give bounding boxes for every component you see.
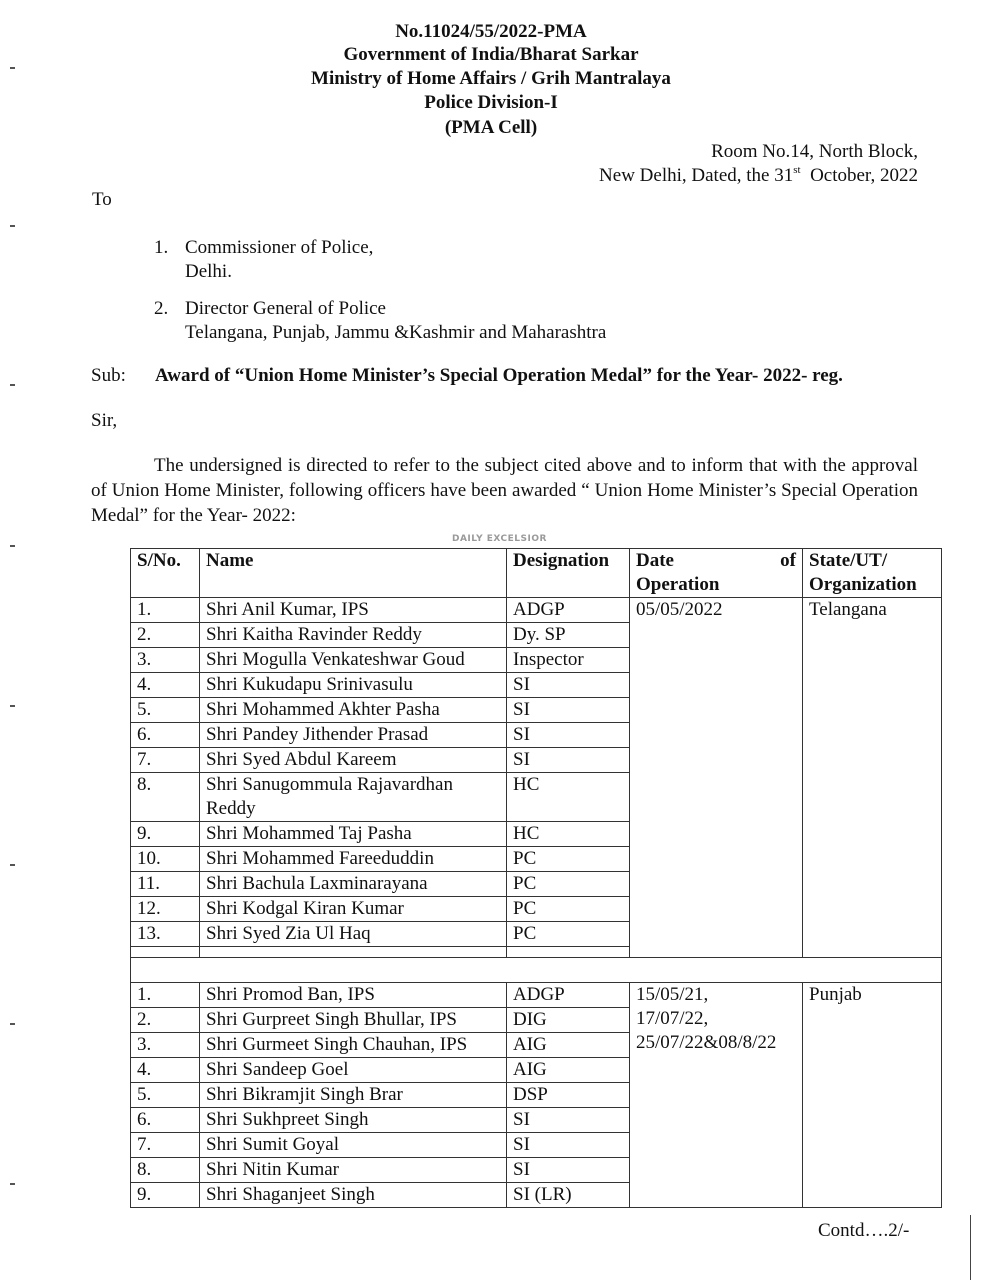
cell-name: Shri Promod Ban, IPS	[200, 983, 507, 1008]
cell-date-of-operation: 15/05/21, 17/07/22, 25/07/22&08/8/22	[630, 983, 803, 1208]
header-sno: S/No.	[131, 549, 200, 598]
cell-sno: 7.	[131, 1133, 200, 1158]
cell-designation: HC	[507, 773, 630, 822]
cell-name: Shri Kaitha Ravinder Reddy	[200, 623, 507, 648]
scan-mark	[10, 705, 15, 707]
cell-designation: SI	[507, 698, 630, 723]
cell-sno: 3.	[131, 648, 200, 673]
awards-table-body: 1.Shri Anil Kumar, IPSADGP05/05/2022Tela…	[131, 598, 942, 1208]
recipient-1-line1: Commissioner of Police,	[185, 236, 373, 260]
scan-mark	[10, 1183, 15, 1185]
awards-table: S/No. Name Designation Dateof Operation …	[130, 548, 942, 1208]
cell-designation: AIG	[507, 1033, 630, 1058]
cell-designation: PC	[507, 922, 630, 947]
cell-designation: PC	[507, 897, 630, 922]
file-number: No.11024/55/2022-PMA	[0, 20, 982, 43]
header-date-word: Date	[636, 549, 674, 573]
scan-mark	[10, 864, 15, 866]
scan-mark	[10, 67, 15, 69]
header-state-line1: State/UT/	[809, 549, 935, 573]
dated-line: New Delhi, Dated, the 31st October, 2022	[599, 163, 918, 188]
blank-cell	[200, 947, 507, 958]
dated-ordinal: st	[793, 164, 800, 176]
recipient-2-line1: Director General of Police	[185, 297, 386, 321]
cell-name: Shri Pandey Jithender Prasad	[200, 723, 507, 748]
cell-sno: 3.	[131, 1033, 200, 1058]
separator-cell	[131, 958, 942, 983]
cell-sno: 4.	[131, 1058, 200, 1083]
cell-name: Shri Bikramjit Singh Brar	[200, 1083, 507, 1108]
cell-designation: HC	[507, 822, 630, 847]
table-header-row: S/No. Name Designation Dateof Operation …	[131, 549, 942, 598]
cell-sno: 11.	[131, 872, 200, 897]
scan-mark	[10, 545, 15, 547]
cell-state: Telangana	[803, 598, 942, 958]
header-date-of-operation: Dateof Operation	[630, 549, 803, 598]
cell-name: Shri Mohammed Fareeduddin	[200, 847, 507, 872]
ministry-title: Ministry of Home Affairs / Grih Mantrala…	[0, 67, 982, 90]
blank-cell	[131, 947, 200, 958]
cell-designation: SI	[507, 748, 630, 773]
header-of-word: of	[780, 549, 796, 573]
recipient-1-line2: Delhi.	[185, 260, 232, 284]
cell-name: Shri Syed Zia Ul Haq	[200, 922, 507, 947]
cell-sno: 5.	[131, 698, 200, 723]
cell-designation: SI	[507, 1158, 630, 1183]
blank-cell	[507, 947, 630, 958]
cell-sno: 6.	[131, 723, 200, 748]
cell-name: Shri Gurpreet Singh Bhullar, IPS	[200, 1008, 507, 1033]
office-address: Room No.14, North Block,	[711, 139, 918, 164]
cell-name: Shri Sumit Goyal	[200, 1133, 507, 1158]
cell-name: Shri Kukudapu Srinivasulu	[200, 673, 507, 698]
cell-sno: 1.	[131, 598, 200, 623]
cell-state: Punjab	[803, 983, 942, 1208]
cell-name: Shri Sanugommula Rajavardhan Reddy	[200, 773, 507, 822]
cell-sno: 9.	[131, 1183, 200, 1208]
continued-marker: Contd….2/-	[818, 1220, 909, 1242]
cell-title: (PMA Cell)	[0, 116, 982, 139]
header-name: Name	[200, 549, 507, 598]
header-designation: Designation	[507, 549, 630, 598]
cell-sno: 10.	[131, 847, 200, 872]
cell-name: Shri Sukhpreet Singh	[200, 1108, 507, 1133]
recipient-1-number: 1.	[154, 236, 168, 260]
cell-designation: SI	[507, 1108, 630, 1133]
cell-sno: 4.	[131, 673, 200, 698]
body-paragraph: The undersigned is directed to refer to …	[91, 453, 918, 528]
subject-text: Award of “Union Home Minister’s Special …	[155, 364, 843, 388]
cell-name: Shri Syed Abdul Kareem	[200, 748, 507, 773]
cell-designation: SI	[507, 673, 630, 698]
header-state: State/UT/ Organization	[803, 549, 942, 598]
watermark: DAILY EXCELSIOR	[452, 534, 547, 544]
scan-mark	[10, 225, 15, 227]
salutation: Sir,	[91, 409, 117, 433]
cell-designation: SI (LR)	[507, 1183, 630, 1208]
cell-sno: 9.	[131, 822, 200, 847]
to-label: To	[92, 188, 112, 212]
cell-designation: Dy. SP	[507, 623, 630, 648]
cell-name: Shri Mohammed Taj Pasha	[200, 822, 507, 847]
cell-name: Shri Sandeep Goel	[200, 1058, 507, 1083]
cell-sno: 6.	[131, 1108, 200, 1133]
cell-sno: 8.	[131, 1158, 200, 1183]
cell-date-of-operation: 05/05/2022	[630, 598, 803, 958]
cell-designation: DIG	[507, 1008, 630, 1033]
table-row: 1.Shri Anil Kumar, IPSADGP05/05/2022Tela…	[131, 598, 942, 623]
cell-name: Shri Bachula Laxminarayana	[200, 872, 507, 897]
cell-designation: ADGP	[507, 598, 630, 623]
recipient-2-line2: Telangana, Punjab, Jammu &Kashmir and Ma…	[185, 321, 606, 345]
header-operation-word: Operation	[636, 573, 796, 597]
group-separator-row	[131, 958, 942, 983]
cell-designation: ADGP	[507, 983, 630, 1008]
cell-name: Shri Shaganjeet Singh	[200, 1183, 507, 1208]
scan-mark	[10, 1023, 15, 1025]
cell-name: Shri Anil Kumar, IPS	[200, 598, 507, 623]
subject-label: Sub:	[91, 364, 126, 388]
cell-name: Shri Kodgal Kiran Kumar	[200, 897, 507, 922]
recipient-2-number: 2.	[154, 297, 168, 321]
cell-sno: 7.	[131, 748, 200, 773]
cell-designation: AIG	[507, 1058, 630, 1083]
cell-designation: PC	[507, 872, 630, 897]
division-title: Police Division-I	[0, 91, 982, 114]
header-state-line2: Organization	[809, 573, 935, 597]
cell-sno: 5.	[131, 1083, 200, 1108]
cell-sno: 2.	[131, 1008, 200, 1033]
cell-sno: 1.	[131, 983, 200, 1008]
cell-designation: SI	[507, 723, 630, 748]
dated-suffix: October, 2022	[801, 165, 918, 186]
cell-name: Shri Gurmeet Singh Chauhan, IPS	[200, 1033, 507, 1058]
cell-sno: 8.	[131, 773, 200, 822]
cell-designation: SI	[507, 1133, 630, 1158]
cell-name: Shri Mohammed Akhter Pasha	[200, 698, 507, 723]
scan-mark	[10, 384, 15, 386]
cell-designation: DSP	[507, 1083, 630, 1108]
cell-sno: 13.	[131, 922, 200, 947]
cell-designation: Inspector	[507, 648, 630, 673]
cell-name: Shri Nitin Kumar	[200, 1158, 507, 1183]
page-edge	[970, 1215, 971, 1280]
cell-designation: PC	[507, 847, 630, 872]
government-title: Government of India/Bharat Sarkar	[0, 43, 982, 66]
cell-sno: 12.	[131, 897, 200, 922]
cell-name: Shri Mogulla Venkateshwar Goud	[200, 648, 507, 673]
table-row: 1.Shri Promod Ban, IPSADGP15/05/21, 17/0…	[131, 983, 942, 1008]
dated-prefix: New Delhi, Dated, the 31	[599, 165, 793, 186]
cell-sno: 2.	[131, 623, 200, 648]
